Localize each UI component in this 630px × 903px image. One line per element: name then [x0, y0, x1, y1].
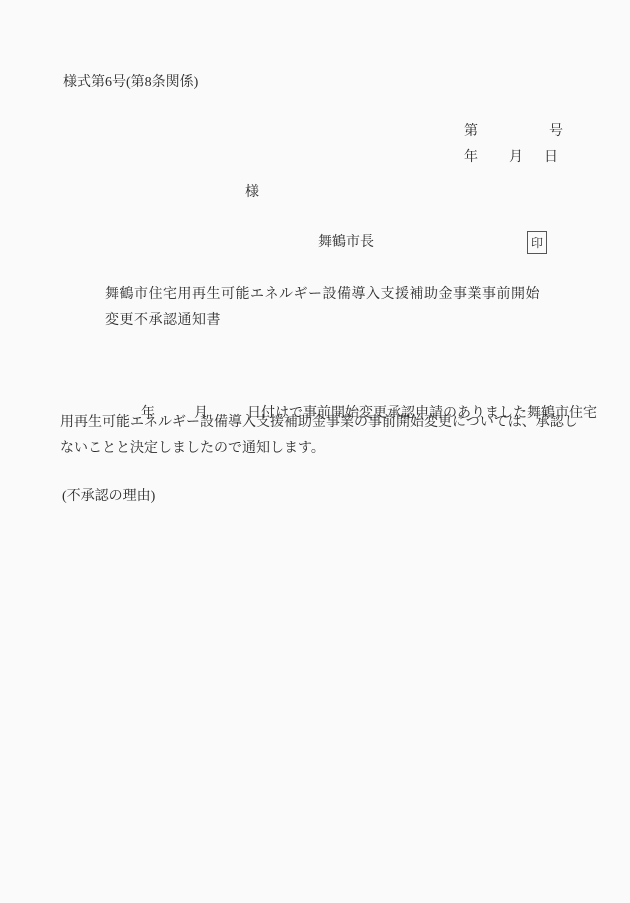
header-date-line: 年月日	[450, 132, 558, 183]
sender-title: 舞鶴市長	[318, 234, 374, 251]
body-paragraph-line2: 用再生可能エネルギー設備導入支援補助金事業の事前開始変更については、承認し	[60, 414, 578, 431]
seal-label: 印	[531, 237, 543, 249]
body-paragraph-line3: ないことと決定しましたので通知します。	[60, 440, 325, 457]
header-date-month-label: 月	[509, 150, 523, 165]
subject-title-line1: 舞鶴市住宅用再生可能エネルギー設備導入支援補助金事業事前開始	[105, 286, 540, 303]
document-page: 様式第6号(第8条関係) 第号 年月日 様 舞鶴市長 印 舞鶴市住宅用再生可能エ…	[0, 0, 630, 903]
addressee-honorific: 様	[245, 184, 259, 201]
rejection-reason-label: (不承認の理由)	[62, 488, 155, 505]
subject-title-line2: 変更不承認通知書	[105, 312, 221, 329]
header-date-day-label: 日	[544, 150, 558, 165]
seal-box: 印	[527, 231, 547, 254]
header-date-year-label: 年	[464, 150, 478, 165]
form-number-label: 様式第6号(第8条関係)	[63, 74, 198, 91]
